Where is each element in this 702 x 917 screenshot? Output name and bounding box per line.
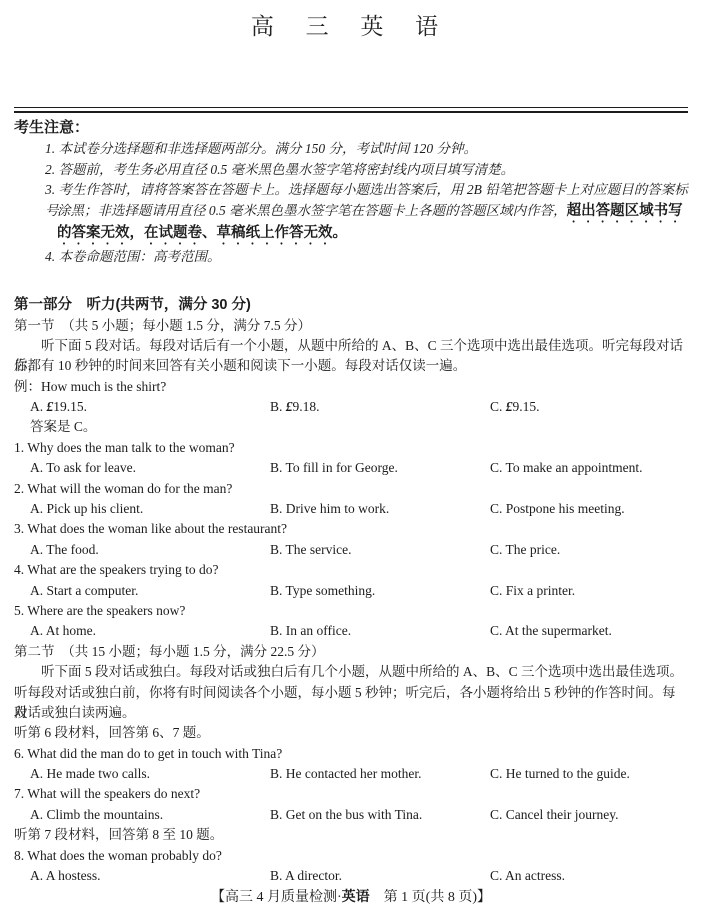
- question-4: 4. What are the speakers trying to do? A…: [14, 560, 688, 601]
- section2-instructions-line-1: 听下面 5 段对话或独白。每段对话或独白后有几个小题，从题中所给的 A、B、C …: [14, 662, 688, 682]
- pound-sign: £: [506, 399, 513, 414]
- question-7-options: A. Climb the mountains. B. Get on the bu…: [14, 805, 688, 825]
- question-3: 3. What does the woman like about the re…: [14, 519, 688, 560]
- question-5-option-c: C. At the supermarket.: [490, 621, 688, 641]
- question-8-option-a: A. A hostess.: [30, 866, 270, 886]
- question-1-text: 1. Why does the man talk to the woman?: [14, 438, 688, 458]
- example-option-a-label: A.: [30, 399, 47, 414]
- question-8-option-b: B. A director.: [270, 866, 490, 886]
- question-2: 2. What will the woman do for the man? A…: [14, 479, 688, 520]
- question-3-option-b: B. The service.: [270, 540, 490, 560]
- example-option-b: B. £9.18.: [270, 397, 490, 417]
- section2-heading: 第二节 （共 15 小题；每小题 1.5 分，满分 22.5 分）: [14, 642, 688, 662]
- page-footer: 【高三 4 月质量检测·英语 第 1 页(共 8 页)】: [0, 886, 702, 906]
- question-4-text: 4. What are the speakers trying to do?: [14, 560, 688, 580]
- footer-prefix: 【高三 4 月质量检测·: [211, 890, 342, 905]
- question-7-option-a: A. Climb the mountains.: [30, 805, 270, 825]
- notice-emphasis-bold-line: 的答案无效，在试题卷、草稿纸上作答无效。: [14, 221, 688, 247]
- question-5: 5. Where are the speakers now? A. At hom…: [14, 601, 688, 642]
- question-7-text: 7. What will the speakers do next?: [14, 784, 688, 804]
- question-8-options: A. A hostess. B. A director. C. An actre…: [14, 866, 688, 886]
- example-option-c-value: 9.15.: [513, 399, 540, 414]
- notice-heading: 考生注意：: [14, 117, 688, 139]
- section2-instructions-line-2: 听每段对话或独白前，你将有时间阅读各个小题，每小题 5 秒钟；听完后，各小题将给…: [14, 683, 688, 703]
- notice-emphasis-bold-inline: 超出答题区域书写: [567, 203, 683, 219]
- footer-subject: 英语: [342, 888, 370, 904]
- example-option-a: A. £19.15.: [30, 397, 270, 417]
- question-8-text: 8. What does the woman probably do?: [14, 846, 688, 866]
- question-4-options: A. Start a computer. B. Type something. …: [14, 581, 688, 601]
- question-1-options: A. To ask for leave. B. To fill in for G…: [14, 458, 688, 478]
- question-2-options: A. Pick up his client. B. Drive him to w…: [14, 499, 688, 519]
- question-2-option-c: C. Postpone his meeting.: [490, 499, 688, 519]
- material-7-note: 听第 7 段材料，回答第 8 至 10 题。: [14, 825, 688, 845]
- question-3-text: 3. What does the woman like about the re…: [14, 519, 688, 539]
- notice-item-2: 2. 答题前，考生务必用直径 0.5 毫米黑色墨水签字笔将密封线内项目填写清楚。: [14, 160, 688, 181]
- question-5-options: A. At home. B. In an office. C. At the s…: [14, 621, 688, 641]
- question-6-option-c: C. He turned to the guide.: [490, 764, 688, 784]
- notice-item-3: 3. 考生作答时，请将答案答在答题卡上。选择题每小题选出答案后，用 2B 铅笔把…: [14, 180, 688, 201]
- question-5-option-a: A. At home.: [30, 621, 270, 641]
- question-4-option-b: B. Type something.: [270, 581, 490, 601]
- question-8: 8. What does the woman probably do? A. A…: [14, 846, 688, 887]
- page-title: 高 三 英 语: [14, 8, 688, 41]
- notice-item-3-normal-text: 涂黑；非选择题请用直径 0.5 毫米黑色墨水签字笔在答题卡上各题的答题区域内作答…: [57, 203, 567, 218]
- pound-sign: £: [286, 399, 293, 414]
- notice-item-3-continuation: 涂黑；非选择题请用直径 0.5 毫米黑色墨水签字笔在答题卡上各题的答题区域内作答…: [14, 201, 688, 222]
- question-3-option-c: C. The price.: [490, 540, 688, 560]
- material-6-note: 听第 6 段材料，回答第 6、7 题。: [14, 723, 688, 743]
- question-7: 7. What will the speakers do next? A. Cl…: [14, 784, 688, 825]
- question-4-option-a: A. Start a computer.: [30, 581, 270, 601]
- question-2-option-b: B. Drive him to work.: [270, 499, 490, 519]
- example-option-b-label: B.: [270, 399, 286, 414]
- question-8-option-c: C. An actress.: [490, 866, 688, 886]
- question-1-option-a: A. To ask for leave.: [30, 458, 270, 478]
- question-6-text: 6. What did the man do to get in touch w…: [14, 744, 688, 764]
- exam-paper-page: 高 三 英 语 考生注意： 1. 本试卷分选择题和非选择题两部分。满分 150 …: [0, 0, 702, 917]
- question-6: 6. What did the man do to get in touch w…: [14, 744, 688, 785]
- example-options-row: A. £19.15. B. £9.18. C. £9.15.: [14, 397, 688, 417]
- question-1: 1. Why does the man talk to the woman? A…: [14, 438, 688, 479]
- question-3-option-a: A. The food.: [30, 540, 270, 560]
- part1-heading: 第一部分 听力(共两节，满分 30 分): [14, 294, 688, 316]
- question-2-option-a: A. Pick up his client.: [30, 499, 270, 519]
- question-6-options: A. He made two calls. B. He contacted he…: [14, 764, 688, 784]
- section2-instructions-line-3: 对话或独白读两遍。: [14, 703, 688, 723]
- example-option-a-value: 19.15.: [53, 399, 87, 414]
- example-option-c: C. £9.15.: [490, 397, 688, 417]
- section1-instructions-line-2: 你都有 10 秒钟的时间来回答有关小题和阅读下一小题。每段对话仅读一遍。: [14, 356, 688, 376]
- section1-heading: 第一节 （共 5 小题；每小题 1.5 分，满分 7.5 分）: [14, 316, 688, 336]
- example-option-c-label: C.: [490, 399, 506, 414]
- question-7-option-c: C. Cancel their journey.: [490, 805, 688, 825]
- notice-item-4: 4. 本卷命题范围：高考范围。: [14, 247, 688, 268]
- notice-item-1: 1. 本试卷分选择题和非选择题两部分。满分 150 分，考试时间 120 分钟。: [14, 139, 688, 160]
- footer-page-number: 第 1 页(共 8 页)】: [370, 890, 491, 905]
- question-6-option-b: B. He contacted her mother.: [270, 764, 490, 784]
- question-5-option-b: B. In an office.: [270, 621, 490, 641]
- example-option-b-value: 9.18.: [293, 399, 320, 414]
- question-6-option-a: A. He made two calls.: [30, 764, 270, 784]
- question-1-option-c: C. To make an appointment.: [490, 458, 688, 478]
- question-2-text: 2. What will the woman do for the man?: [14, 479, 688, 499]
- question-1-option-b: B. To fill in for George.: [270, 458, 490, 478]
- section1-instructions-line-1: 听下面 5 段对话。每段对话后有一个小题，从题中所给的 A、B、C 三个选项中选…: [14, 336, 688, 356]
- notice-emphasis-bold-text: 的答案无效，在试题卷、草稿纸上作答无效。: [57, 225, 347, 241]
- question-3-options: A. The food. B. The service. C. The pric…: [14, 540, 688, 560]
- question-7-option-b: B. Get on the bus with Tina.: [270, 805, 490, 825]
- question-5-text: 5. Where are the speakers now?: [14, 601, 688, 621]
- header-double-rule: [14, 107, 688, 113]
- question-4-option-c: C. Fix a printer.: [490, 581, 688, 601]
- example-prompt: 例：How much is the shirt?: [14, 377, 688, 397]
- example-answer: 答案是 C。: [14, 417, 688, 437]
